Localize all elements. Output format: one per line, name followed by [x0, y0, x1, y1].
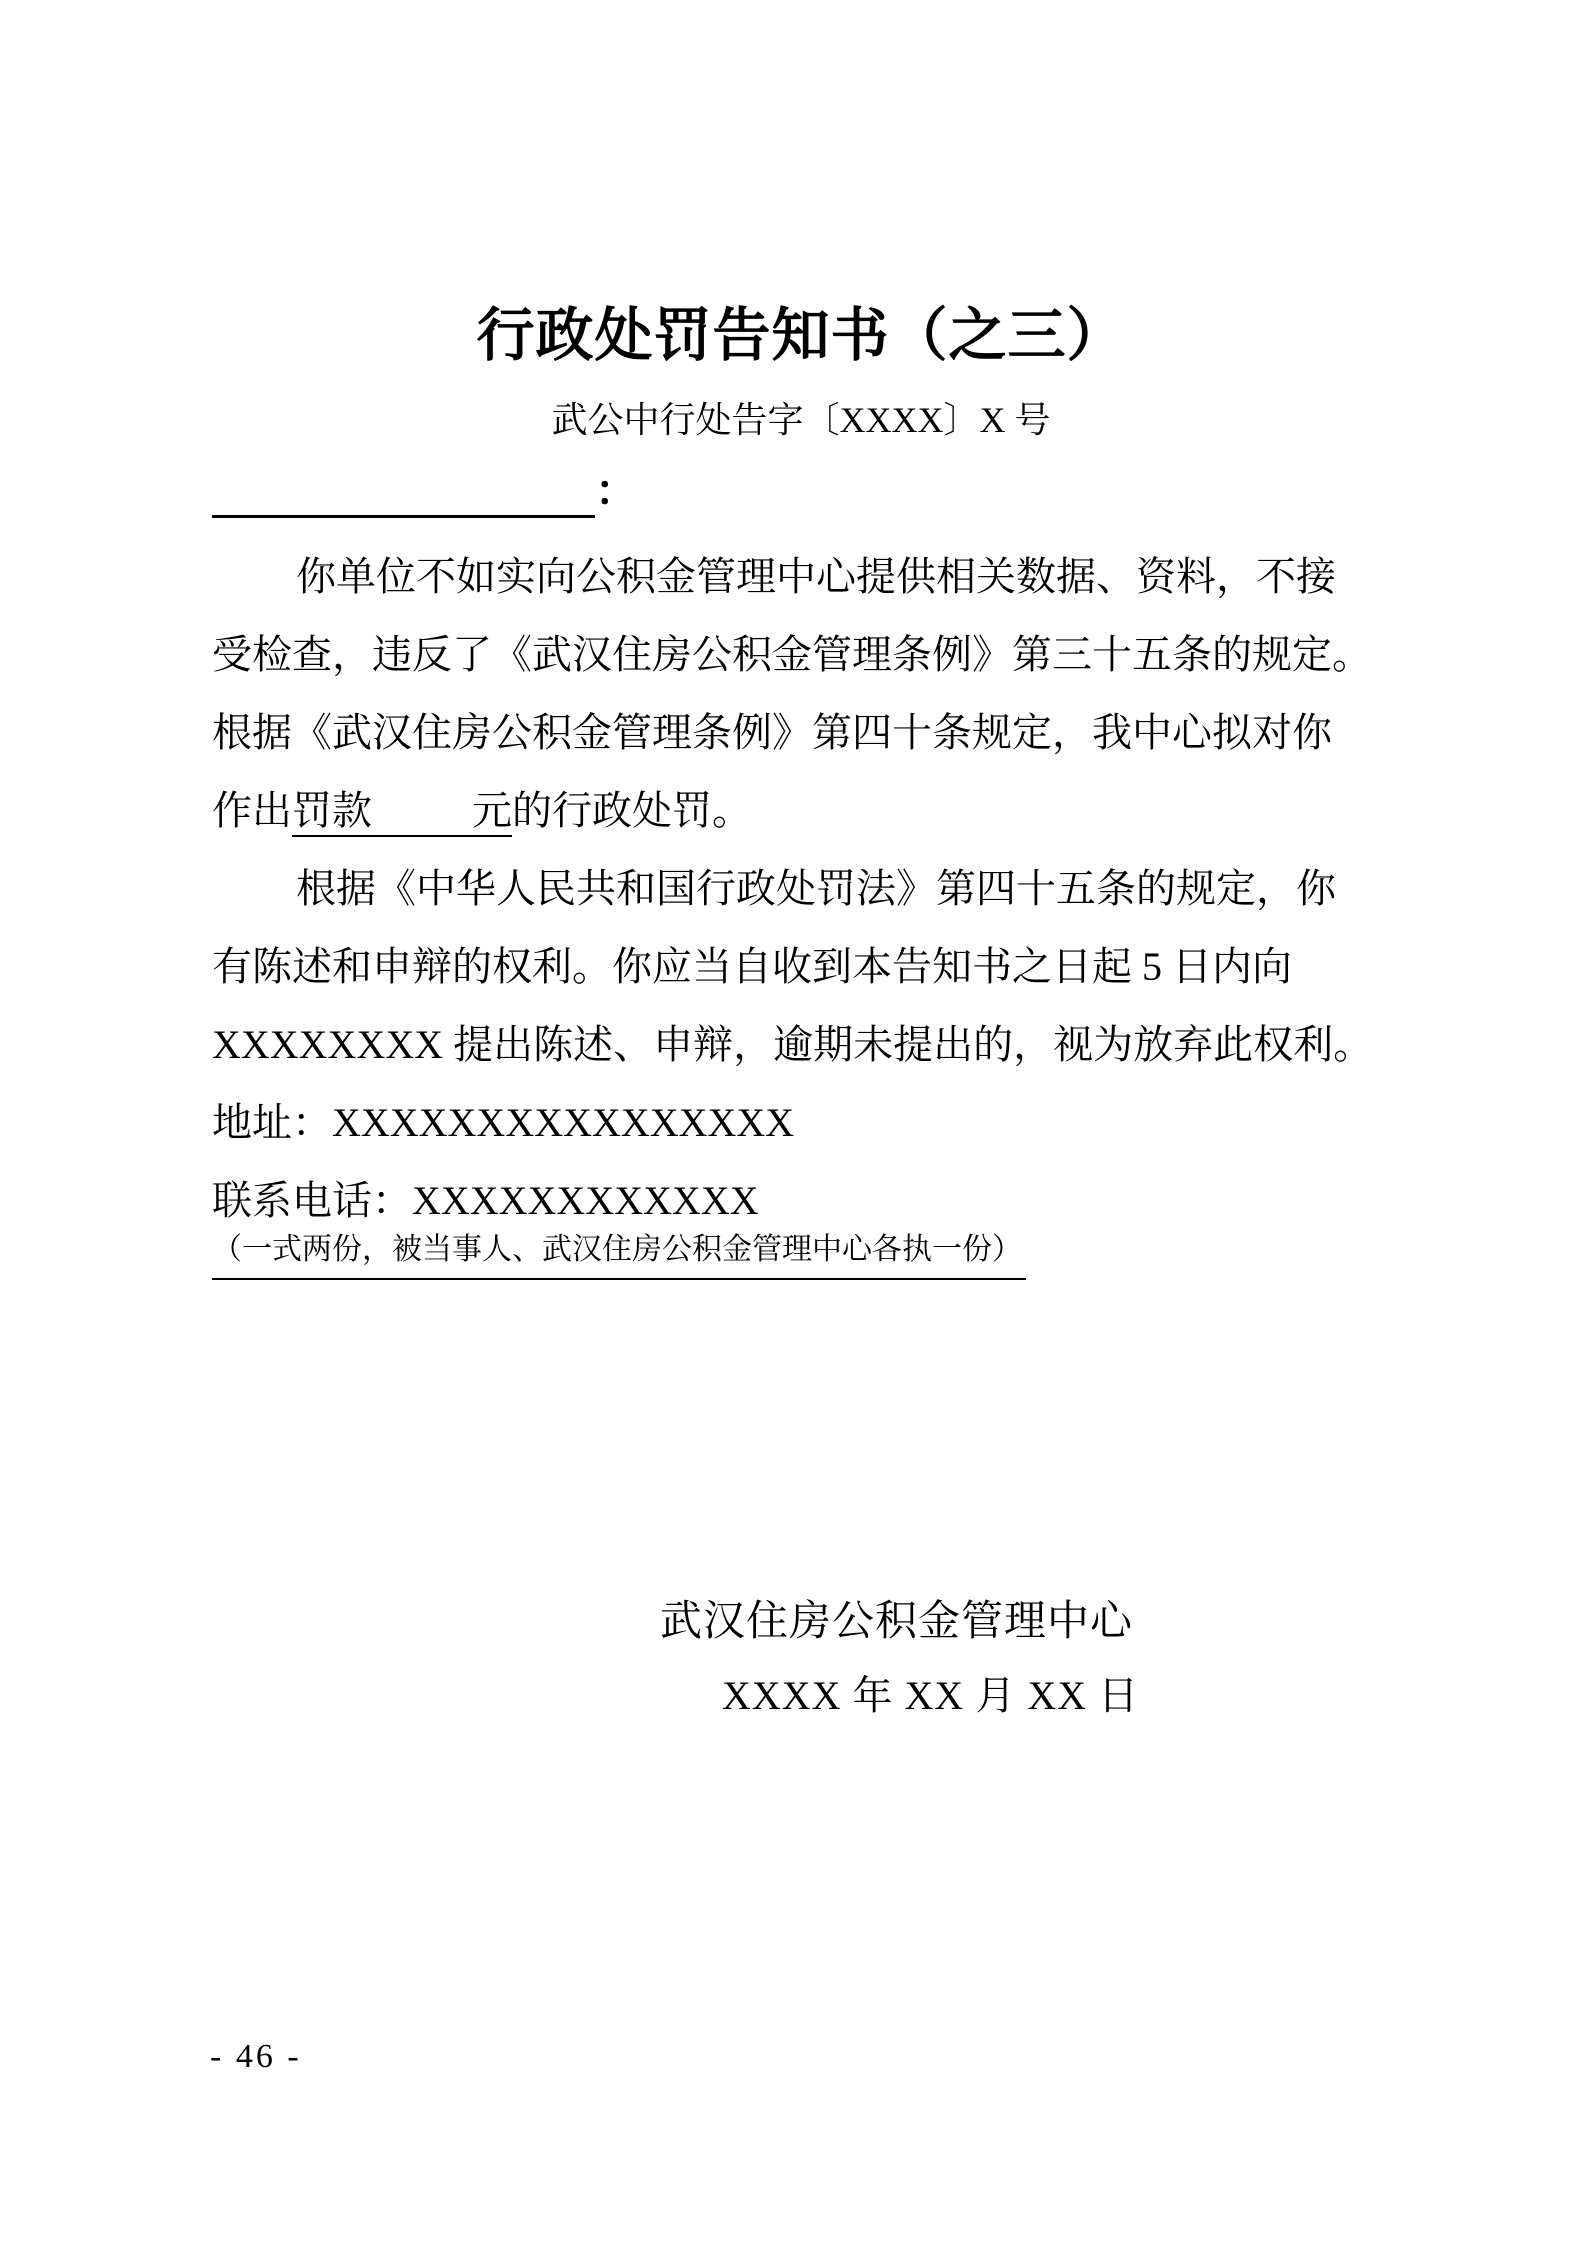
body-line-5: 根据《中华人民共和国行政处罚法》第四十五条的规定，你 — [212, 850, 1397, 928]
address-line: 地址：XXXXXXXXXXXXXXXX — [212, 1084, 1397, 1162]
body-line-6: 有陈述和申辩的权利。你应当自收到本告知书之日起 5 日内向 — [212, 928, 1397, 1006]
body-line-7: XXXXXXXX 提出陈述、申辩，逾期未提出的，视为放弃此权利。 — [212, 1006, 1397, 1084]
penalty-suffix: 的行政处罚。 — [512, 788, 752, 833]
penalty-fine-blank — [372, 814, 472, 824]
recipient-colon: ： — [595, 469, 637, 515]
document-body: 你单位不如实向公积金管理中心提供相关数据、资料，不接 受检查，违反了《武汉住房公… — [212, 538, 1397, 1240]
penalty-fine-unit: 元 — [472, 788, 512, 833]
recipient-line: ： — [212, 458, 637, 508]
body-line-1: 你单位不如实向公积金管理中心提供相关数据、资料，不接 — [212, 538, 1397, 616]
penalty-prefix: 作出 — [212, 788, 292, 833]
penalty-fine-label: 罚款 — [292, 788, 372, 833]
body-line-2: 受检查，违反了《武汉住房公积金管理条例》第三十五条的规定。 — [212, 616, 1397, 694]
signature-organization: 武汉住房公积金管理中心 — [660, 1588, 1133, 1648]
recipient-blank-field — [212, 471, 595, 518]
copies-note-text: （一式两份，被当事人、武汉住房公积金管理中心各执一份） — [212, 1224, 1026, 1280]
penalty-fine-field: 罚款元 — [292, 788, 512, 837]
body-line-3: 根据《武汉住房公积金管理条例》第四十条规定，我中心拟对你 — [212, 694, 1397, 772]
document-number: 武公中行处告字〔XXXX〕X 号 — [212, 392, 1390, 443]
document-page: 行政处罚告知书（之三） 武公中行处告字〔XXXX〕X 号 ： 你单位不如实向公积… — [0, 0, 1587, 2245]
copies-note-line: （一式两份，被当事人、武汉住房公积金管理中心各执一份） — [212, 1224, 1026, 1280]
signature-date: XXXX 年 XX 月 XX 日 — [722, 1664, 1139, 1721]
body-line-4: 作出罚款元的行政处罚。 — [212, 772, 1397, 850]
page-number: - 46 - — [210, 2038, 302, 2076]
document-title: 行政处罚告知书（之三） — [212, 288, 1390, 372]
